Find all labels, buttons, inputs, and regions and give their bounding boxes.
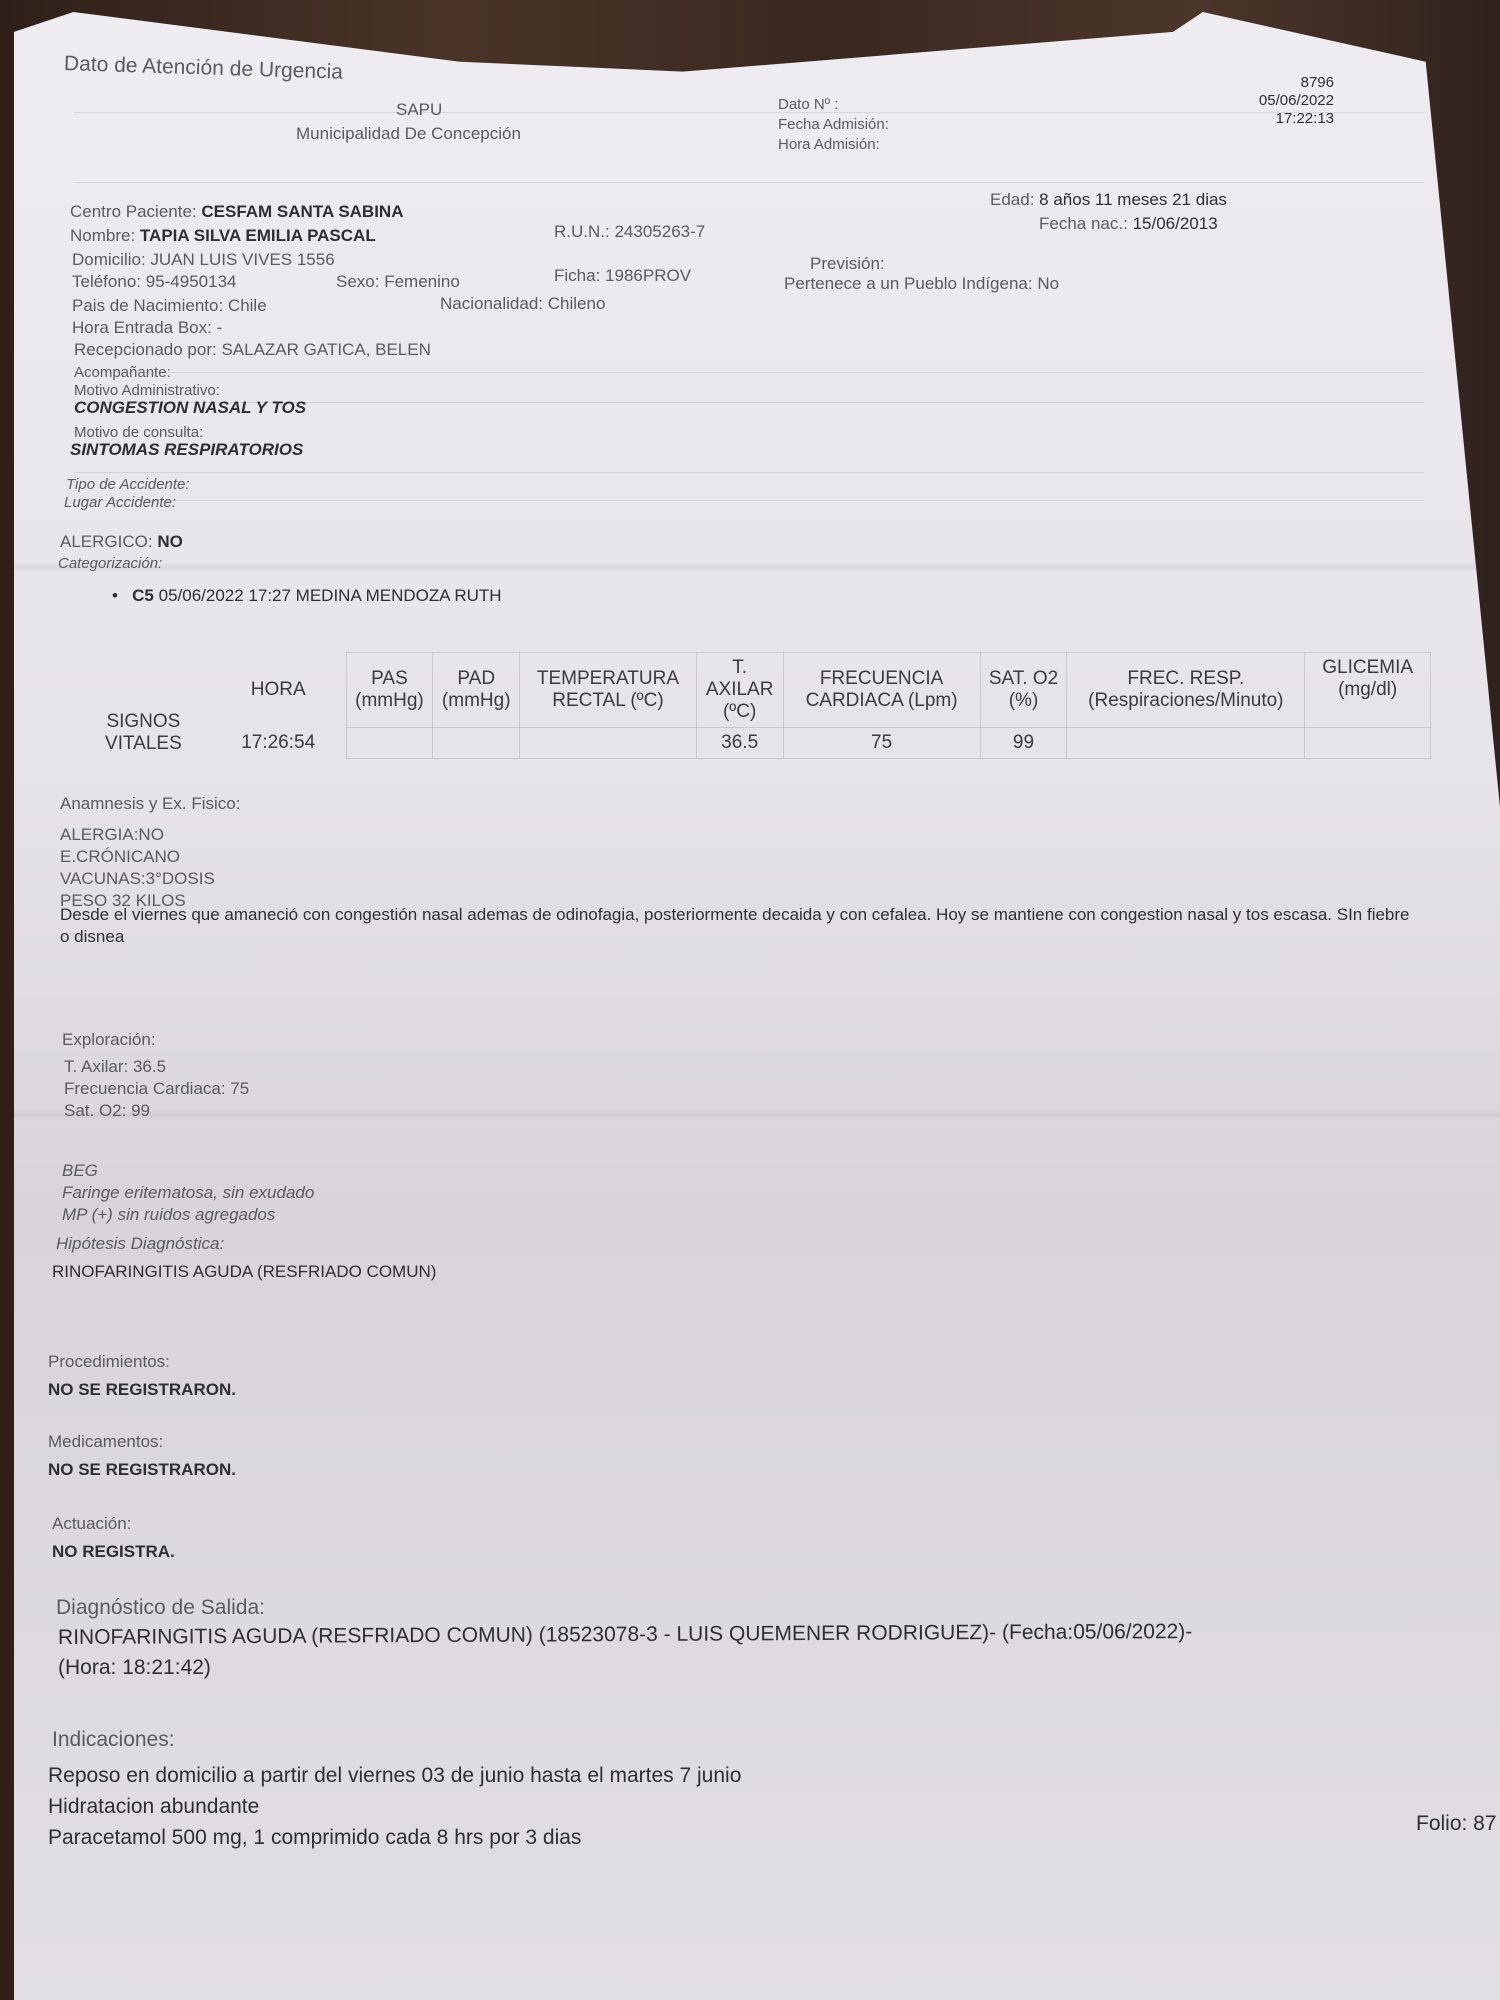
alergico-label: ALERGICO:	[60, 532, 153, 551]
finding-line: MP (+) sin ruidos agregados	[62, 1204, 314, 1226]
medicamentos-value: NO SE REGISTRARON.	[48, 1460, 236, 1480]
domicilio-label: Domicilio:	[72, 250, 146, 269]
pais-label: Pais de Nacimiento:	[72, 296, 223, 315]
vitals-value-sat-o2: 99	[980, 728, 1067, 759]
recepcionado-row: Recepcionado por: SALAZAR GATICA, BELEN	[74, 340, 431, 360]
pueblo-value: No	[1037, 274, 1059, 293]
anamnesis-lines: ALERGIA:NO E.CRÓNICANO VACUNAS:3°DOSIS P…	[60, 824, 215, 912]
vitals-col-pad: PAD (mmHg)	[433, 653, 520, 728]
ficha-value: 1986PROV	[605, 266, 691, 285]
pueblo-label: Pertenece a un Pueblo Indígena:	[784, 274, 1033, 293]
nacionalidad-value: Chileno	[548, 294, 606, 313]
vitals-value-temp-rectal	[520, 728, 697, 759]
vital-signs-table: SIGNOS VITALES HORA PAS (mmHg) PAD (mmHg…	[76, 652, 1431, 759]
rule-line	[74, 182, 1424, 183]
tipo-accidente-label: Tipo de Accidente:	[66, 476, 190, 493]
vitals-col-pas: PAS (mmHg)	[346, 653, 433, 728]
alergico-value: NO	[157, 532, 183, 551]
sexo-label: Sexo:	[336, 272, 379, 291]
vitals-col-t-axilar: T. AXILAR (ºC)	[696, 653, 783, 728]
vitals-value-row: 17:26:54 36.5 75 99	[76, 728, 1431, 759]
prevision-label: Previsión:	[810, 254, 885, 274]
hipotesis-value: RINOFARINGITIS AGUDA (RESFRIADO COMUN)	[52, 1262, 436, 1282]
categorizacion-entry: • C5 05/06/2022 17:27 MEDINA MENDOZA RUT…	[112, 586, 502, 606]
fecha-nac-label: Fecha nac.:	[1039, 214, 1128, 233]
acompanante-label: Acompañante:	[74, 364, 171, 381]
exploracion-label: Exploración:	[62, 1030, 156, 1050]
vitals-row-label: SIGNOS VITALES	[76, 653, 211, 759]
hora-admision-label: Hora Admisión:	[778, 136, 880, 153]
vitals-col-temp-rectal: TEMPERATURA RECTAL (ºC)	[520, 653, 697, 728]
indicacion-line: Reposo en domicilio a partir del viernes…	[48, 1760, 741, 1791]
medicamentos-label: Medicamentos:	[48, 1432, 163, 1452]
run-label: R.U.N.:	[554, 222, 610, 241]
anamnesis-line: E.CRÓNICANO	[60, 846, 215, 868]
finding-line: BEG	[62, 1160, 314, 1182]
centro-value: CESFAM SANTA SABINA	[201, 202, 403, 221]
ficha-row: Ficha: 1986PROV	[554, 266, 691, 286]
hora-admision-value: 17:22:13	[1184, 110, 1334, 127]
vitals-value-frec-cardiaca: 75	[783, 728, 980, 759]
exploracion-line: Sat. O2: 99	[64, 1100, 249, 1122]
nombre-row: Nombre: TAPIA SILVA EMILIA PASCAL	[70, 226, 376, 246]
indicaciones-lines: Reposo en domicilio a partir del viernes…	[48, 1760, 741, 1853]
folio-number: Folio: 87	[1416, 1812, 1497, 1836]
municipality-name: Municipalidad De Concepción	[296, 124, 521, 144]
pais-row: Pais de Nacimiento: Chile	[72, 296, 267, 316]
recepcionado-label: Recepcionado por:	[74, 340, 217, 359]
vitals-value-t-axilar: 36.5	[696, 728, 783, 759]
document-title: Dato de Atención de Urgencia	[64, 52, 344, 85]
hora-box-row: Hora Entrada Box: -	[72, 318, 222, 338]
run-value: 24305263-7	[614, 222, 705, 241]
categorizacion-label: Categorización:	[58, 555, 162, 572]
procedimientos-label: Procedimientos:	[48, 1352, 170, 1372]
sexo-value: Femenino	[384, 272, 460, 291]
diagnostico-salida-line2: (Hora: 18:21:42)	[58, 1656, 211, 1680]
recepcionado-value: SALAZAR GATICA, BELEN	[221, 340, 430, 359]
rule-line	[74, 500, 1424, 501]
nacionalidad-label: Nacionalidad:	[440, 294, 543, 313]
edad-value: 8 años 11 meses 21 dias	[1039, 190, 1227, 209]
document-page: Dato de Atención de Urgencia SAPU Munici…	[14, 12, 1500, 2000]
vitals-col-frec-cardiaca: FRECUENCIA CARDIACA (Lpm)	[783, 653, 980, 728]
edad-label: Edad:	[990, 190, 1034, 209]
alergico-row: ALERGICO: NO	[60, 532, 183, 552]
vitals-value-hora: 17:26:54	[211, 728, 346, 759]
exploracion-findings: BEG Faringe eritematosa, sin exudado MP …	[62, 1160, 314, 1226]
lugar-accidente-label: Lugar Accidente:	[64, 494, 176, 511]
paper-fold	[14, 562, 1500, 572]
vitals-value-frec-resp	[1067, 728, 1305, 759]
pueblo-row: Pertenece a un Pueblo Indígena: No	[784, 274, 1059, 294]
anamnesis-line: VACUNAS:3°DOSIS	[60, 868, 215, 890]
indicacion-line: Hidratacion abundante	[48, 1791, 741, 1822]
domicilio-row: Domicilio: JUAN LUIS VIVES 1556	[72, 250, 335, 270]
centro-paciente: Centro Paciente: CESFAM SANTA SABINA	[70, 202, 404, 222]
motivo-consulta-label: Motivo de consulta:	[74, 424, 203, 441]
vitals-col-glicemia: GLICEMIA (mg/dl)	[1305, 653, 1431, 728]
nombre-value: TAPIA SILVA EMILIA PASCAL	[140, 226, 376, 245]
motivo-admin-value: CONGESTION NASAL Y TOS	[74, 398, 306, 418]
actuacion-label: Actuación:	[52, 1514, 131, 1534]
domicilio-value: JUAN LUIS VIVES 1556	[150, 250, 334, 269]
hora-box-label: Hora Entrada Box:	[72, 318, 212, 337]
fecha-admision-label: Fecha Admisión:	[778, 116, 889, 133]
indicacion-line: Paracetamol 500 mg, 1 comprimido cada 8 …	[48, 1822, 741, 1853]
nombre-label: Nombre:	[70, 226, 135, 245]
categorizacion-text: 05/06/2022 17:27 MEDINA MENDOZA RUTH	[159, 586, 502, 605]
diagnostico-salida-line1: RINOFARINGITIS AGUDA (RESFRIADO COMUN) (…	[58, 1620, 1192, 1650]
pais-value: Chile	[228, 296, 267, 315]
run-row: R.U.N.: 24305263-7	[554, 222, 705, 242]
service-name: SAPU	[396, 100, 442, 120]
actuacion-value: NO REGISTRA.	[52, 1542, 175, 1562]
fecha-admision-value: 05/06/2022	[1184, 92, 1334, 109]
categorizacion-code: C5	[132, 586, 154, 605]
vitals-col-frec-resp: FREC. RESP. (Respiraciones/Minuto)	[1067, 653, 1305, 728]
exploracion-line: Frecuencia Cardiaca: 75	[64, 1078, 249, 1100]
ficha-label: Ficha:	[554, 266, 600, 285]
centro-label: Centro Paciente:	[70, 202, 197, 221]
exploracion-lines: T. Axilar: 36.5 Frecuencia Cardiaca: 75 …	[64, 1056, 249, 1122]
anamnesis-line: ALERGIA:NO	[60, 824, 215, 846]
fecha-nac-value: 15/06/2013	[1133, 214, 1218, 233]
telefono-row: Teléfono: 95-4950134	[72, 272, 237, 292]
sexo-row: Sexo: Femenino	[336, 272, 460, 292]
exploracion-line: T. Axilar: 36.5	[64, 1056, 249, 1078]
telefono-label: Teléfono:	[72, 272, 141, 291]
vitals-value-pad	[433, 728, 520, 759]
vitals-value-glicemia	[1305, 728, 1431, 759]
dato-label: Dato Nº :	[778, 96, 839, 113]
motivo-admin-label: Motivo Administrativo:	[74, 382, 220, 399]
anamnesis-label: Anamnesis y Ex. Fisico:	[60, 794, 240, 814]
bullet-icon: •	[112, 586, 127, 605]
diagnostico-salida-label: Diagnóstico de Salida:	[56, 1596, 265, 1620]
anamnesis-narrative: Desde el viernes que amaneció con conges…	[60, 904, 1420, 948]
fecha-nac-row: Fecha nac.: 15/06/2013	[1039, 214, 1218, 234]
indicaciones-label: Indicaciones:	[52, 1728, 175, 1752]
vitals-header-row: SIGNOS VITALES HORA PAS (mmHg) PAD (mmHg…	[76, 653, 1431, 728]
vitals-col-hora: HORA	[211, 653, 346, 728]
vitals-value-pas	[346, 728, 433, 759]
hora-box-value: -	[217, 318, 223, 337]
rule-line	[74, 472, 1424, 473]
dato-value: 8796	[1184, 74, 1334, 91]
finding-line: Faringe eritematosa, sin exudado	[62, 1182, 314, 1204]
vitals-col-sat-o2: SAT. O2 (%)	[980, 653, 1067, 728]
hipotesis-label: Hipótesis Diagnóstica:	[56, 1234, 224, 1254]
procedimientos-value: NO SE REGISTRARON.	[48, 1380, 236, 1400]
rule-line	[74, 372, 1424, 373]
motivo-consulta-value: SINTOMAS RESPIRATORIOS	[70, 440, 303, 460]
edad-row: Edad: 8 años 11 meses 21 dias	[990, 190, 1227, 210]
telefono-value: 95-4950134	[146, 272, 237, 291]
nacionalidad-row: Nacionalidad: Chileno	[440, 294, 605, 314]
